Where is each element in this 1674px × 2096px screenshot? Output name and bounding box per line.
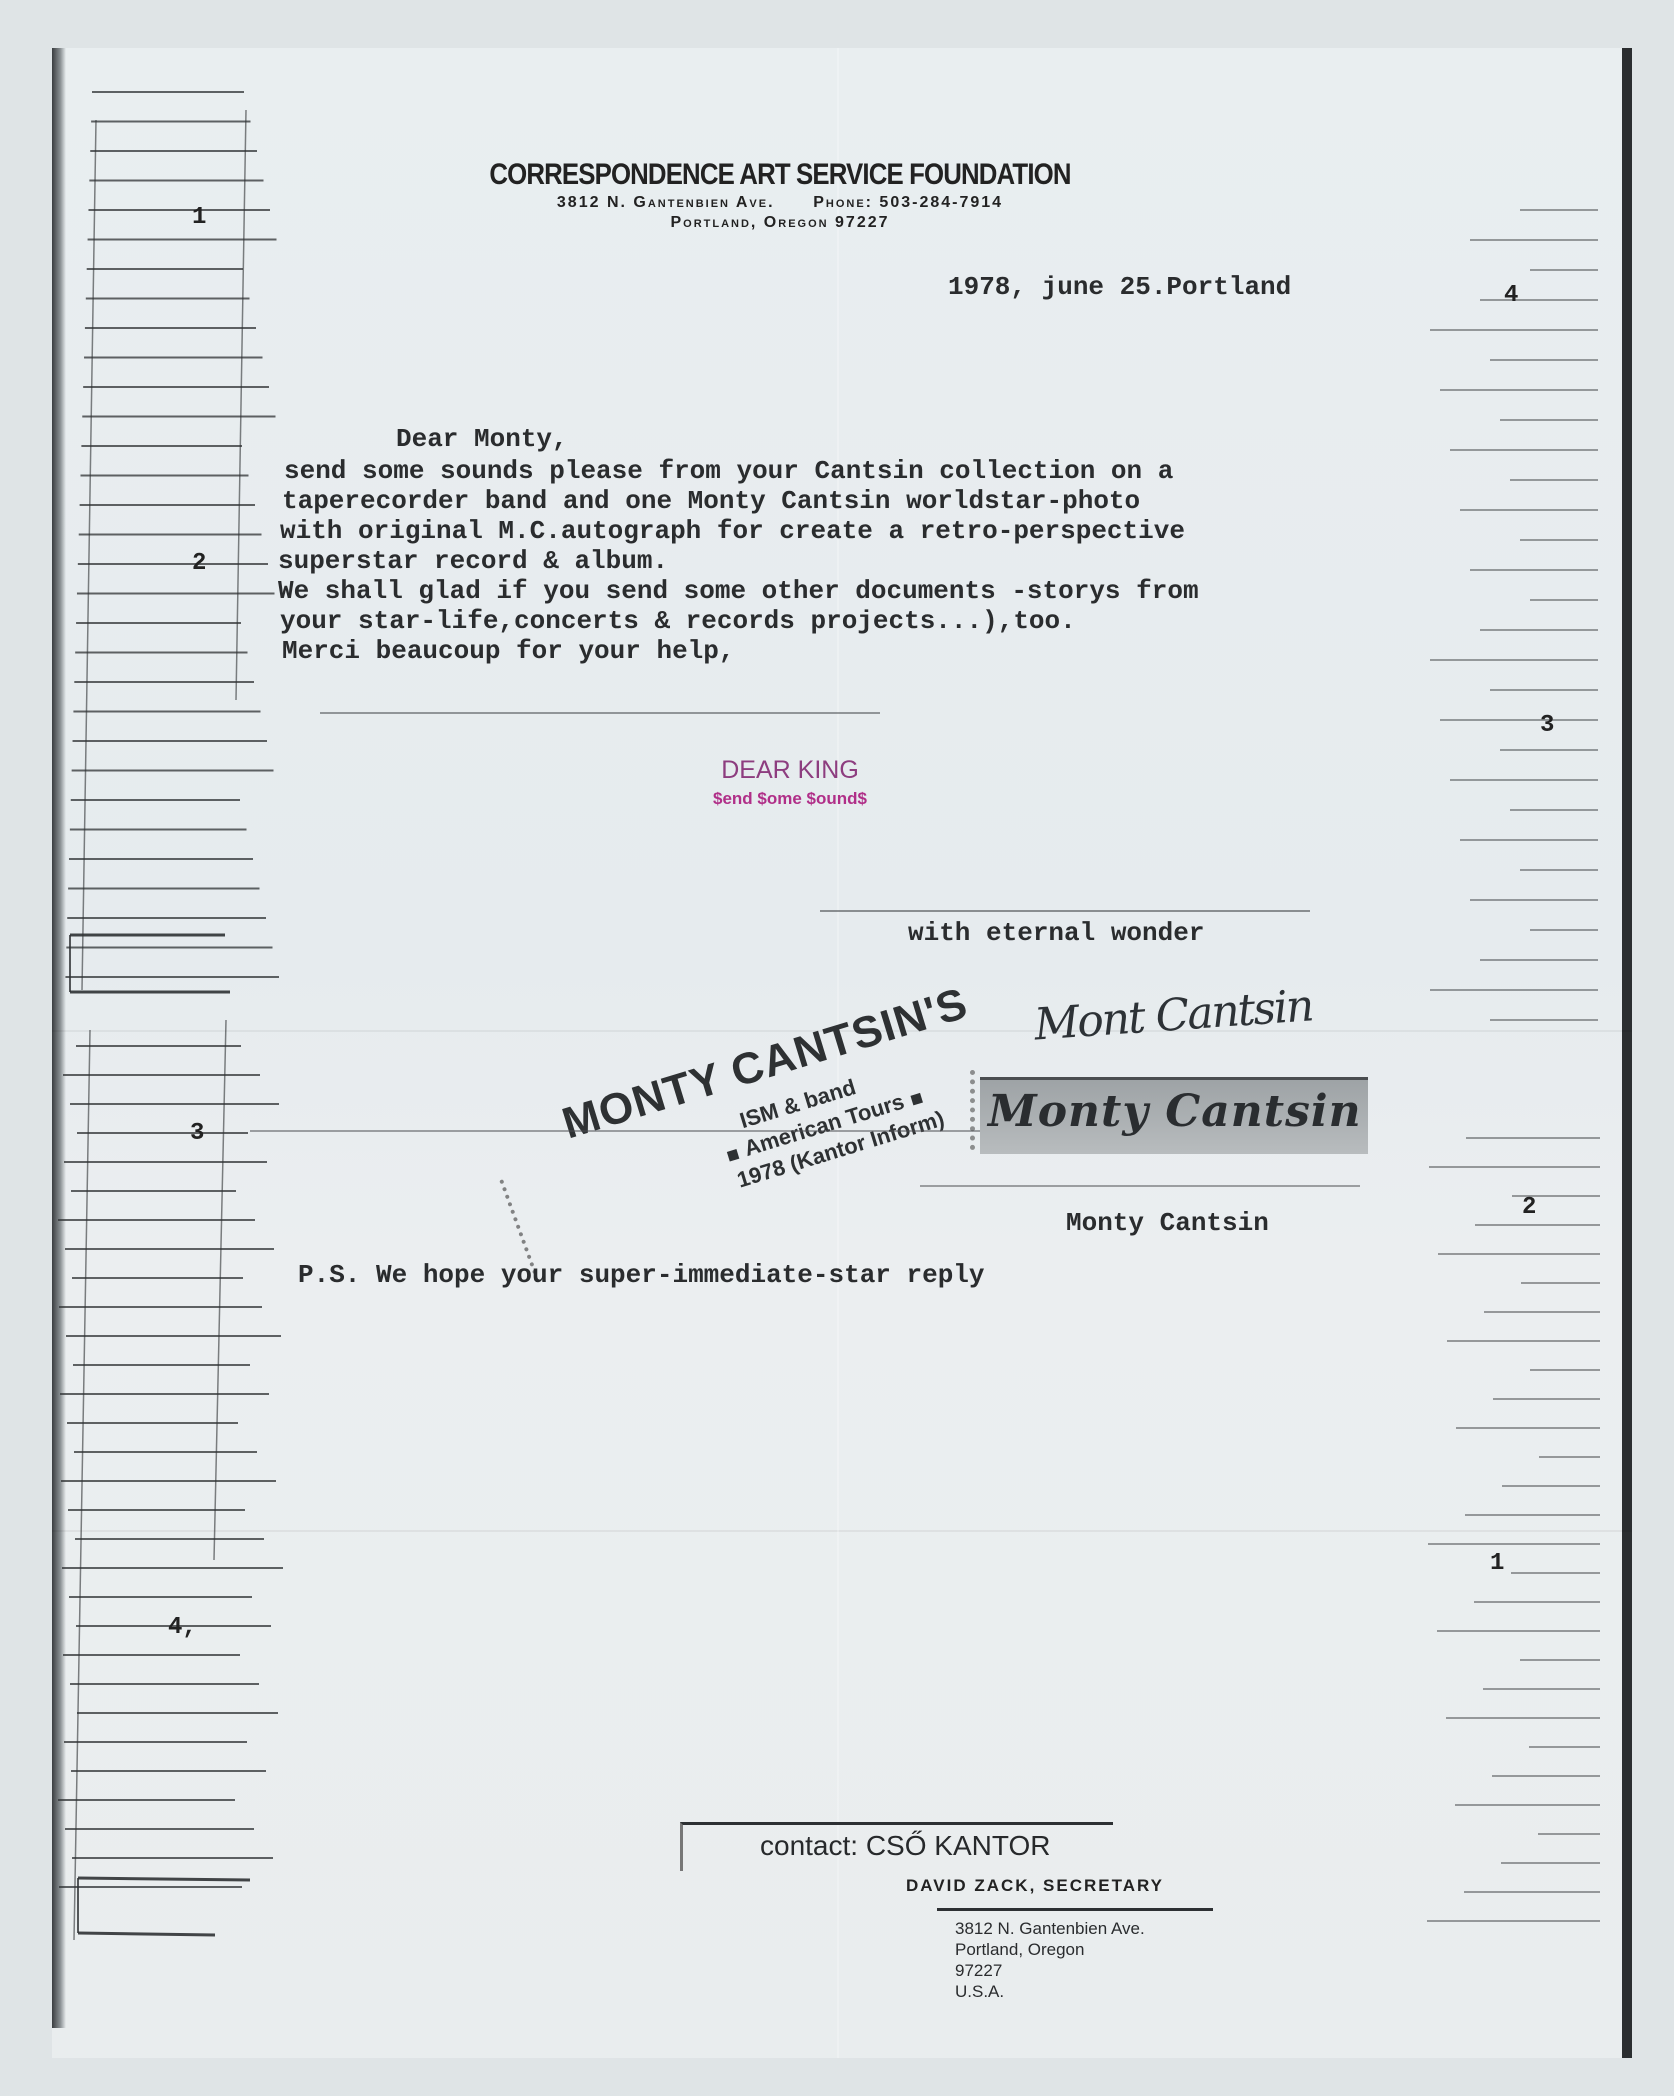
organization-name: CORRESPONDENCE ART SERVICE FOUNDATION (488, 158, 1073, 192)
margin-number-left-3: 3 (190, 1120, 204, 1147)
letterhead-city: Portland, Oregon 97227 (440, 214, 1120, 232)
margin-number-right-4: 4 (1504, 282, 1518, 309)
pink-stamp-line-2: $end $ome $ound$ (690, 789, 890, 809)
margin-number-left-2: 2 (192, 550, 206, 577)
letter-body-line: We shall glad if you send some other doc… (278, 576, 1199, 606)
address-line: 3812 N. Gantenbien Ave. (955, 1918, 1145, 1939)
address-line: 97227 (955, 1960, 1145, 1981)
square-bullet-icon (910, 1093, 922, 1105)
margin-number-right-1: 1 (1490, 1550, 1504, 1577)
letter-body-line: send some sounds please from your Cantsi… (284, 456, 1199, 486)
divider-line (320, 712, 880, 714)
divider-line (250, 1130, 990, 1132)
letter-body-line: taperecorder band and one Monty Cantsin … (282, 486, 1199, 516)
fold-line (52, 1530, 1632, 1532)
paper-shadow-edge (52, 48, 66, 2028)
margin-number-left-1: 1 (192, 204, 206, 231)
address-line: Portland, Oregon (955, 1939, 1145, 1960)
pink-stamp: DEAR KING $end $ome $ound$ (690, 756, 890, 809)
address-rule (937, 1908, 1213, 1911)
square-bullet-icon (727, 1149, 739, 1161)
letter-date: 1978, june 25.Portland (948, 272, 1291, 302)
divider-line (920, 1185, 1360, 1187)
secretary-line: DAVID ZACK, SECRETARY (906, 1876, 1164, 1896)
salutation: Dear Monty, (396, 424, 568, 454)
divider-line (820, 910, 1310, 912)
letter-body-line: Merci beaucoup for your help, (282, 636, 1199, 666)
letter-body-line: superstar record & album. (278, 546, 1199, 576)
margin-number-right-3: 3 (1540, 712, 1554, 739)
printed-name-banner: Monty Cantsin (980, 1077, 1368, 1154)
address-line: U.S.A. (955, 1981, 1145, 2002)
margin-number-left-4: 4, (168, 1614, 197, 1641)
printed-name: Monty Cantsin (988, 1086, 1362, 1137)
contact-line: contact: CSŐ KANTOR (760, 1830, 1050, 1862)
margin-number-right-2: 2 (1522, 1194, 1536, 1221)
postscript: P.S. We hope your super-immediate-star r… (298, 1260, 985, 1290)
letter-body: send some sounds please from your Cantsi… (284, 456, 1199, 666)
footer-address: 3812 N. Gantenbien Ave.Portland, Oregon9… (955, 1918, 1145, 2002)
letterhead: CORRESPONDENCE ART SERVICE FOUNDATION 38… (440, 158, 1120, 232)
pink-stamp-line-1: DEAR KING (690, 756, 890, 785)
letterhead-address: 3812 N. Gantenbien Ave. Phone: 503-284-7… (440, 194, 1120, 212)
typed-signature: Monty Cantsin (1066, 1208, 1269, 1238)
letter-body-line: with original M.C.autograph for create a… (280, 516, 1199, 546)
letter-body-line: your star-life,concerts & records projec… (280, 606, 1199, 636)
